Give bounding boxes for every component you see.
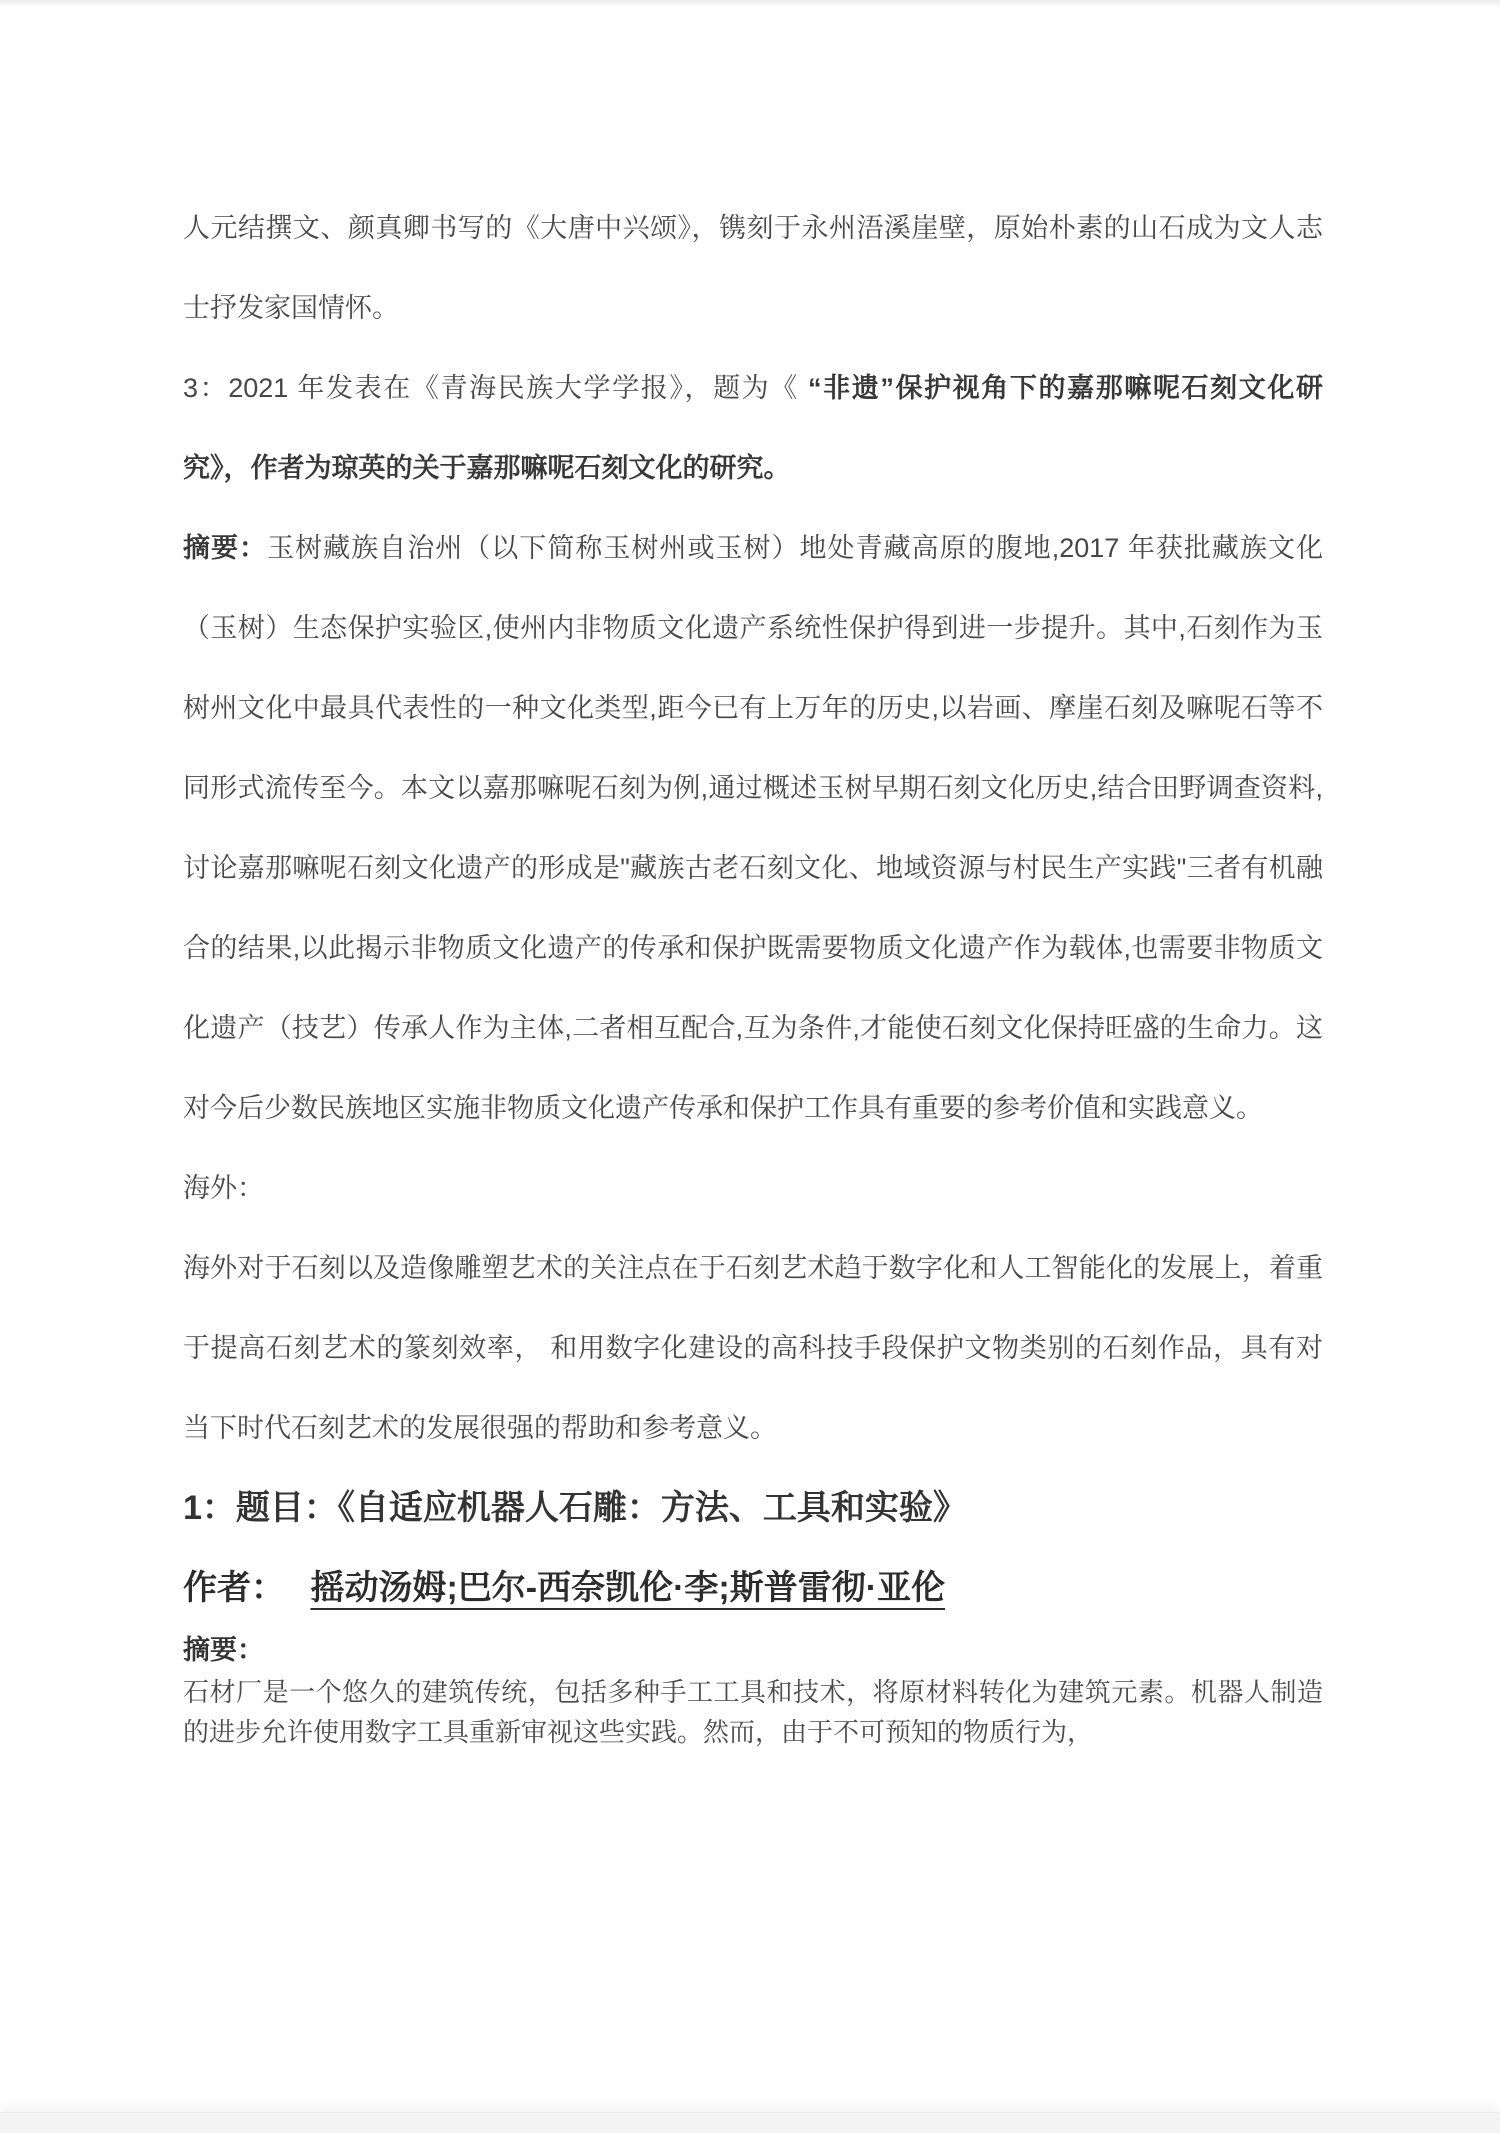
- author-label: 作者：: [183, 1569, 285, 1607]
- paragraph-intro: 人元结撰文、颜真卿书写的《大唐中兴颂》，镌刻于永州浯溪崖壁，原始朴素的山石成为文…: [183, 188, 1323, 348]
- paragraph-reference-3: 3：2021 年发表在《青海民族大学学报》，题为《 “非遗”保护视角下的嘉那嘛呢…: [183, 348, 1323, 508]
- author-names: 摇动汤姆;巴尔-西奈凯伦·李;斯普雷彻·亚伦: [310, 1569, 945, 1607]
- abstract-label: 摘要：: [183, 1628, 1323, 1672]
- paragraph-overseas: 海外对于石刻以及造像雕塑艺术的关注点在于石刻艺术趋于数字化和人工智能化的发展上，…: [183, 1228, 1323, 1468]
- text-segment: 人元结撰文、颜真卿书写的《大唐中兴颂》，镌刻于永州浯溪崖壁，原始朴素的山石成为文…: [183, 213, 1323, 323]
- page-bottom-divider: [0, 2112, 1500, 2133]
- paragraph-abstract-cn: 摘要：玉树藏族自治州（以下简称玉树州或玉树）地处青藏高原的腹地,2017 年获批…: [183, 508, 1323, 1148]
- document-content: 人元结撰文、颜真卿书写的《大唐中兴颂》，镌刻于永州浯溪崖壁，原始朴素的山石成为文…: [183, 188, 1323, 1752]
- author-line: 作者： 摇动汤姆;巴尔-西奈凯伦·李;斯普雷彻·亚伦: [183, 1548, 1323, 1628]
- text-segment: 3：2021 年发表在《青海民族大学学报》，题为《: [183, 373, 808, 403]
- text-segment: 海外对于石刻以及造像雕塑艺术的关注点在于石刻艺术趋于数字化和人工智能化的发展上，…: [183, 1253, 1323, 1443]
- paragraph-overseas-label: 海外：: [183, 1148, 1323, 1228]
- document-page: 人元结撰文、颜真卿书写的《大唐中兴颂》，镌刻于永州浯溪崖壁，原始朴素的山石成为文…: [0, 0, 1500, 2133]
- text-segment: 海外：: [183, 1173, 264, 1203]
- abstract-body: 石材厂是一个悠久的建筑传统，包括多种手工工具和技术，将原材料转化为建筑元素。机器…: [183, 1672, 1323, 1752]
- section-1-title: 1：题目：《自适应机器人石雕：方法、工具和实验》: [183, 1468, 1323, 1548]
- text-segment: 玉树藏族自治州（以下简称玉树州或玉树）地处青藏高原的腹地,2017 年获批藏族文…: [183, 533, 1323, 1123]
- page-top-divider: [0, 0, 1500, 6]
- text-segment: 摘要：: [183, 533, 267, 563]
